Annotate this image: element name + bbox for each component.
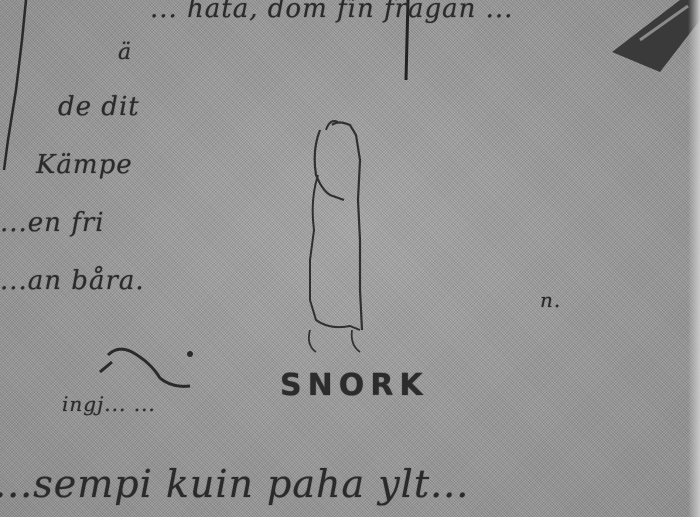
snork-caption: SNORK	[280, 368, 429, 403]
left-text-line-5: ...an båra.	[0, 266, 145, 296]
manuscript-page: ... hata, dom fin fragan ... ä de dit Kä…	[0, 0, 700, 517]
page-edge	[688, 0, 700, 517]
left-text-line-1: ä	[118, 40, 132, 65]
ink-strokes	[0, 0, 700, 517]
creature-note: ingj... ...	[62, 392, 156, 416]
left-text-line-4: ...en fri	[0, 208, 105, 238]
right-mark: n.	[540, 288, 561, 312]
left-text-line-2: de dit	[58, 92, 140, 122]
left-text-line-3: Kämpe	[36, 150, 133, 180]
top-line-text: ... hata, dom fin fragan ...	[150, 0, 513, 24]
bottom-line-text: ...sempi kuin paha ylt...	[0, 462, 469, 506]
